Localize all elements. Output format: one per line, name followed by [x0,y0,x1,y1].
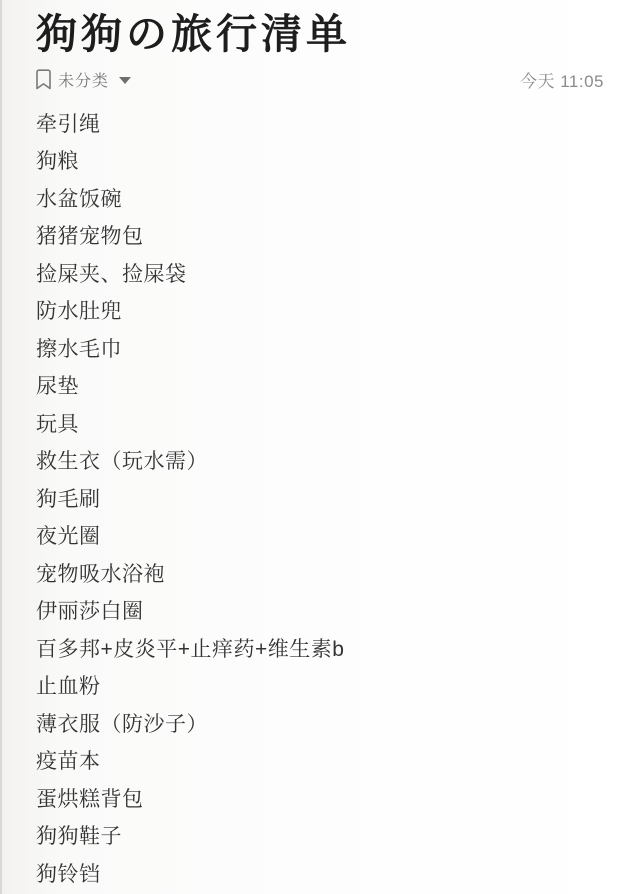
chevron-down-icon [119,77,131,84]
list-item[interactable]: 水盆饭碗 [36,179,604,217]
timestamp: 今天 11:05 [520,67,604,92]
list-item[interactable]: 百多邦+皮炎平+止痒药+维生素b [36,629,604,667]
list-item[interactable]: 牵引绳 [36,104,604,142]
list-item[interactable]: 夜光圈 [36,517,604,555]
list-item[interactable]: 狗毛刷 [36,479,604,517]
list-item[interactable]: 止血粉 [36,667,604,705]
category-label: 未分类 [58,68,109,91]
note-page: 狗狗の旅行清单 未分类 今天 11:05 牵引绳狗粮水盆饭碗猪猪宠物包捡屎夹、捡… [0,0,640,894]
list-item[interactable]: 捡屎夹、捡屎袋 [36,254,604,292]
list-item[interactable]: 蛋烘糕背包 [36,779,604,817]
list-item[interactable]: 狗铃铛 [36,854,604,892]
list-item[interactable]: 伊丽莎白圈 [36,592,604,630]
list-item[interactable]: 猪猪宠物包 [36,217,604,255]
list-item[interactable]: 防水肚兜 [36,292,604,330]
list-item[interactable]: 薄衣服（防沙子） [36,704,604,742]
list-item[interactable]: 疫苗本 [36,742,604,780]
list-item[interactable]: 狗粮 [36,142,604,180]
category-selector[interactable]: 未分类 [36,68,131,91]
bookmark-icon [36,69,51,90]
list-item[interactable]: 擦水毛巾 [36,329,604,367]
note-meta-row: 未分类 今天 11:05 [36,67,604,91]
note-title[interactable]: 狗狗の旅行清单 [36,10,604,58]
checklist: 牵引绳狗粮水盆饭碗猪猪宠物包捡屎夹、捡屎袋防水肚兜擦水毛巾尿垫玩具救生衣（玩水需… [36,104,604,892]
list-item[interactable]: 狗狗鞋子 [36,817,604,855]
list-item[interactable]: 尿垫 [36,367,604,405]
list-item[interactable]: 宠物吸水浴袍 [36,554,604,592]
list-item[interactable]: 玩具 [36,404,604,442]
list-item[interactable]: 救生衣（玩水需） [36,442,604,480]
